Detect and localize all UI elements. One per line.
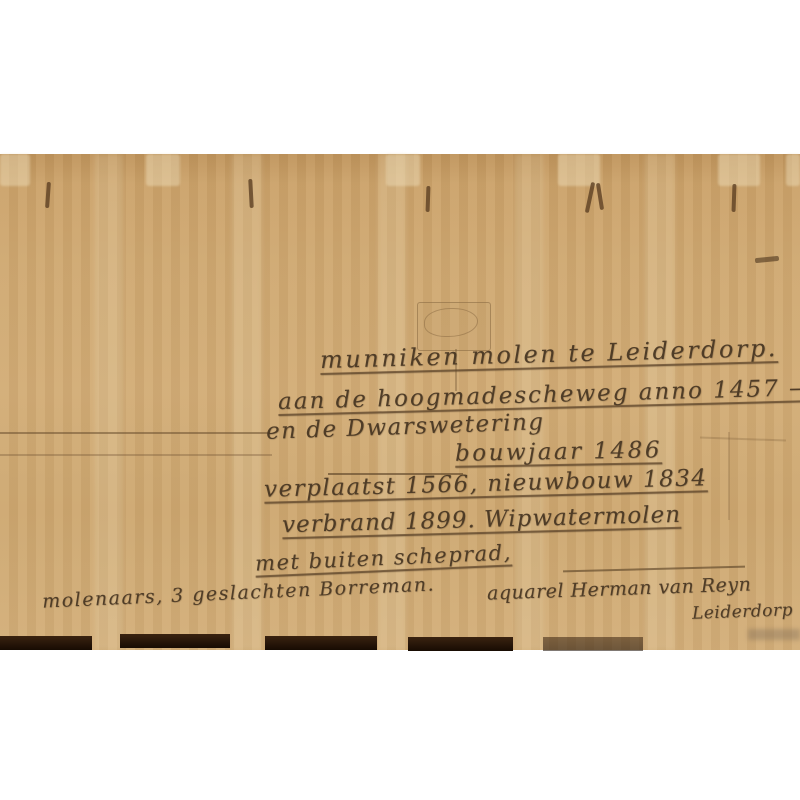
handwritten-line-build-year: bouwjaar 1486 <box>455 437 662 467</box>
dark-strip <box>543 637 643 651</box>
dark-smudge <box>748 629 800 640</box>
pencil-line <box>0 454 272 456</box>
tape-patch <box>786 154 800 186</box>
pencil-line <box>728 432 730 520</box>
dark-strip <box>0 636 92 650</box>
dark-strip <box>408 637 513 651</box>
tape-patch <box>718 154 760 186</box>
photo-of-document: munniken molen te Leiderdorp. aan de hoo… <box>0 0 800 800</box>
underline-extension <box>328 473 463 475</box>
tape-patch <box>558 154 600 186</box>
tape-patch <box>0 154 30 186</box>
tape-patch <box>146 154 180 186</box>
pencil-line <box>0 432 270 434</box>
paper-fold-streak <box>232 154 262 650</box>
sketch-outline <box>424 308 478 337</box>
paper-fold-streak <box>95 154 123 650</box>
photo-bottom-margin <box>0 650 800 800</box>
dark-strip <box>120 634 230 648</box>
handwritten-line-place: Leiderdorp <box>692 600 794 624</box>
dark-strip <box>265 636 377 650</box>
